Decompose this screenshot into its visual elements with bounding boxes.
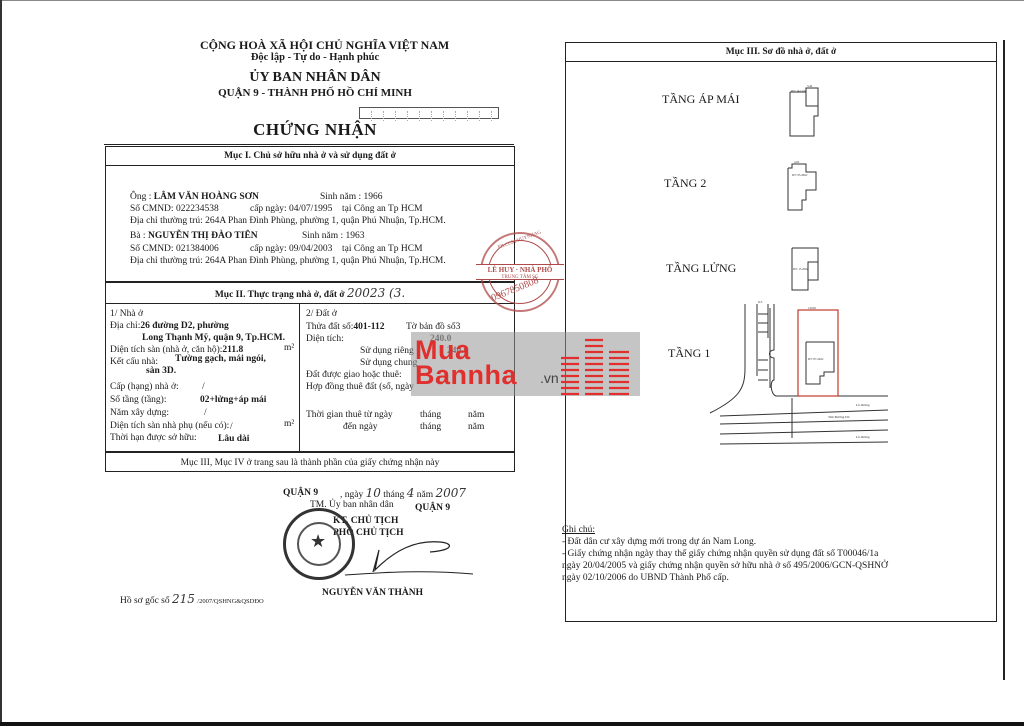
scan-edge-right	[1003, 40, 1005, 680]
handwritten-number: 20023 (3.	[347, 286, 405, 300]
land-heading: 2/ Đất ở	[306, 308, 337, 321]
house-year-value: /	[204, 407, 207, 420]
svg-text:Tim Đường D2: Tim Đường D2	[828, 415, 850, 419]
owner-2-name-line: Bà : NGUYỄN THỊ ĐÀO TIÊN	[130, 230, 258, 243]
house-floors-label: Số tầng (tầng):	[110, 394, 166, 407]
house-grade: Cấp (hạng) nhà ở:	[110, 381, 179, 394]
house-ownership-value: Lâu dài	[218, 433, 249, 446]
signer-name: NGUYỄN VĂN THÀNH	[322, 588, 423, 598]
star-emblem-icon: ★	[310, 531, 326, 552]
land-lease-contract-label: Hợp đồng thuê đất (số, ngày	[306, 381, 414, 394]
floor-plan-roof: DT: 14.11m² 3.40	[788, 84, 828, 138]
serial-number-box	[359, 107, 499, 119]
land-lease-to-label: đến ngày	[343, 421, 378, 434]
section-note-strip: Mục III, Mục IV ở trang sau là thành phầ…	[105, 452, 515, 472]
scan-edge-bottom	[0, 722, 1024, 726]
house-structure-line2: sàn 3D.	[146, 365, 176, 378]
owner-2-address: Địa chỉ thường trú: 264A Phan Đình Phùng…	[130, 255, 446, 268]
motto: Độc lập - Tự do - Hạnh phúc	[200, 52, 430, 63]
house-structure-line1: Tường gạch, mái ngói,	[175, 353, 266, 366]
section-status-title: Mục II. Thực trạng nhà ở, đất ở 20023 (3…	[105, 282, 515, 304]
svg-text:DT: 14.11m²: DT: 14.11m²	[791, 89, 806, 93]
signature-district: QUẬN 9	[415, 503, 450, 513]
watermark-logo-text: Mua Bannha	[415, 338, 517, 388]
house-aux-area-unit: m²	[284, 418, 294, 431]
owner-2-name: NGUYỄN THỊ ĐÀO TIÊN	[148, 231, 258, 241]
land-lease-to-month: tháng	[420, 421, 441, 434]
svg-text:DT: 15.20m²: DT: 15.20m²	[793, 267, 809, 271]
floor-plan-mezzanine: DT: 15.20m²	[788, 246, 828, 292]
house-floor-area-unit: m²	[284, 342, 294, 355]
certificate-title: CHỨNG NHẬN	[200, 120, 430, 140]
house-floors-value: 02+lửng+áp mái	[200, 394, 266, 407]
agent-stamp-band: LÊ HUY · NHÀ PHỐTRUNG TÂM SG	[476, 264, 564, 280]
country-heading: CỘNG HOÀ XÃ HỘI CHỦ NGHĨA VIỆT NAM	[200, 38, 430, 53]
floor-label-2: TẦNG 2	[664, 176, 706, 191]
divider	[104, 144, 514, 145]
svg-text:8.5: 8.5	[758, 300, 763, 304]
house-ownership-label: Thời hạn được sở hữu:	[110, 432, 197, 445]
owner-1-name: LÂM VĂN HOÀNG SƠN	[154, 192, 259, 202]
floor-label-mezzanine: TẦNG LỬNG	[666, 261, 736, 276]
svg-text:3.40: 3.40	[807, 84, 813, 88]
floor-plan-1-site: 10.00 DT: 87.24m² Lề đường Tim Đường D2 …	[700, 298, 890, 448]
svg-text:Lề đường: Lề đường	[856, 435, 870, 439]
building-logo-icon	[555, 334, 635, 396]
house-year-label: Năm xây dựng:	[110, 407, 169, 420]
scan-edge-left	[0, 0, 2, 726]
svg-text:Lề đường: Lề đường	[856, 403, 870, 407]
column-divider	[299, 304, 300, 452]
section-diagram-title: Mục III. Sơ đồ nhà ở, đất ở	[565, 42, 997, 62]
owner-2-birth: Sinh năm : 1963	[302, 230, 365, 243]
land-area-label: Diện tích:	[306, 333, 344, 346]
svg-text:DT: 95.26m²: DT: 95.26m²	[792, 173, 808, 177]
handwritten-signature	[335, 520, 475, 580]
house-grade-value: /	[202, 381, 205, 394]
floor-label-roof: TẦNG ÁP MÁI	[662, 92, 740, 107]
floor-plan-2: DT: 95.26m² 4.65	[780, 160, 830, 220]
signature-place: QUẬN 9	[283, 488, 318, 498]
section-owners-title: Mục I. Chủ sở hữu nhà ở và sử dụng đất ở	[105, 146, 515, 166]
committee-heading: ỦY BAN NHÂN DÂN	[200, 70, 430, 86]
district-heading: QUẬN 9 - THÀNH PHỐ HỒ CHÍ MINH	[170, 87, 460, 99]
owner-1-address: Địa chỉ thường trú: 264A Phan Đình Phùng…	[130, 215, 446, 228]
svg-text:10.00: 10.00	[808, 306, 816, 310]
note-line: ngày 02/10/2006 do UBND Thành Phố cấp.	[562, 572, 729, 585]
svg-text:4.65: 4.65	[794, 160, 800, 164]
signature-date: , ngày 10 tháng 4 năm 2007	[340, 486, 466, 500]
land-lease-to-year: năm	[468, 421, 484, 434]
scan-edge-top	[0, 0, 1024, 1]
svg-text:DT: 87.24m²: DT: 87.24m²	[808, 357, 824, 361]
file-reference: Hồ sơ gốc số 215 /2007/QSHNG&QSDĐO	[120, 592, 264, 606]
